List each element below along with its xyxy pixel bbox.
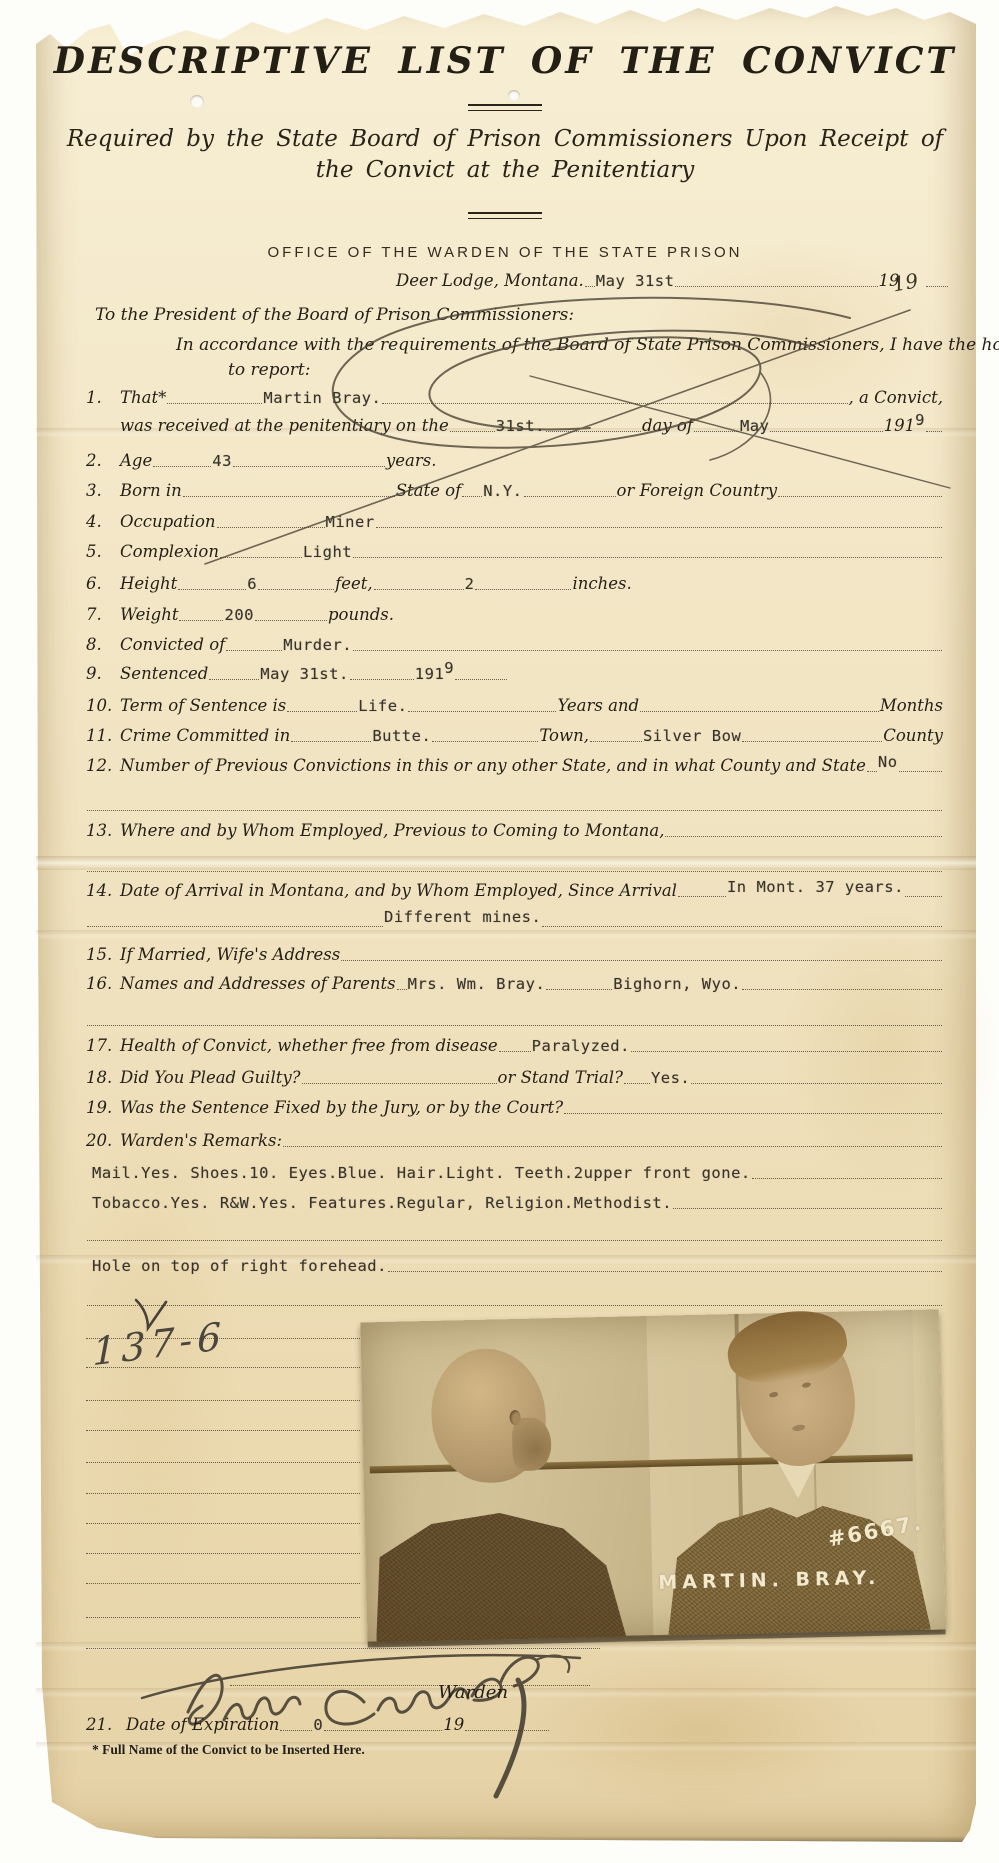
dotted-line <box>408 711 556 712</box>
county-label: County <box>883 727 943 745</box>
form-row-20: 20. Warden's Remarks: <box>86 1126 943 1150</box>
item-label: Convicted of <box>120 636 225 654</box>
parents-name-value: Mrs. Wm. Bray. <box>408 977 546 993</box>
convicted-of-value: Murder. <box>283 638 352 654</box>
item-label: Where and by Whom Employed, Previous to … <box>120 822 664 840</box>
mugshot-profile-panel <box>360 1316 653 1642</box>
item-number: 20. <box>86 1132 120 1150</box>
pen-scribble <box>150 280 980 620</box>
item-number: 1. <box>86 389 120 407</box>
dotted-line <box>665 836 942 837</box>
dotted-line <box>209 679 259 680</box>
dotted-line <box>564 1113 942 1114</box>
dotted-line <box>465 1730 549 1731</box>
dotted-line <box>87 1240 942 1241</box>
ruled-line <box>86 1583 360 1584</box>
continuation-line <box>86 851 943 875</box>
dotted-line <box>899 771 942 772</box>
item-number: 6. <box>86 575 120 593</box>
expiration-year-printed: 19 <box>443 1716 464 1734</box>
form-row-12: 12. Number of Previous Convictions in th… <box>86 751 943 775</box>
dotted-line <box>624 1083 650 1084</box>
remarks-line-2: Tobacco.Yes. R&W.Yes. Features.Regular, … <box>92 1188 943 1212</box>
form-row-8: 8. Convicted of Murder. <box>86 630 943 654</box>
ruled-line <box>86 1493 360 1494</box>
item-number: 11. <box>86 727 120 745</box>
ruled-line <box>86 1400 360 1401</box>
remarks-text-1: Mail.Yes. Shoes.10. Eyes.Blue. Hair.Ligh… <box>92 1166 751 1182</box>
dotted-line <box>226 650 282 651</box>
front-eye <box>768 1392 778 1399</box>
dotted-line <box>691 1083 942 1084</box>
ruled-line <box>86 1462 360 1463</box>
years-and-label: Years and <box>557 697 639 715</box>
item-label: Warden's Remarks: <box>120 1132 282 1150</box>
dotted-line <box>590 741 642 742</box>
dotted-line <box>87 1025 942 1026</box>
mugshot-photo: #6667. MARTIN. BRAY. <box>360 1309 945 1642</box>
dotted-line <box>87 810 942 811</box>
dotted-line <box>87 1305 942 1306</box>
footnote: * Full Name of the Convict to be Inserte… <box>92 1742 365 1758</box>
ruled-line <box>86 1553 360 1554</box>
term-value: Life. <box>358 699 407 715</box>
dotted-line <box>673 1208 942 1209</box>
item-number: 18. <box>86 1069 120 1087</box>
item-number: 9. <box>86 665 120 683</box>
dotted-line <box>341 960 942 961</box>
parents-address-value: Bighorn, Wyo. <box>613 977 741 993</box>
item-label: Age <box>120 452 152 470</box>
dotted-line <box>546 989 612 990</box>
item-label: Did You Plead Guilty? <box>120 1069 301 1087</box>
item-number: 4. <box>86 513 120 531</box>
dotted-line <box>499 1051 531 1052</box>
dotted-line <box>678 896 726 897</box>
dotted-line <box>742 989 942 990</box>
front-hair <box>721 1302 853 1392</box>
dotted-line <box>432 741 538 742</box>
front-eye <box>801 1382 811 1389</box>
town-label: Town, <box>539 727 589 745</box>
blank-remarks-line <box>86 1220 943 1244</box>
form-row-14b: Different mines. <box>86 906 943 930</box>
item-label: Names and Addresses of Parents <box>120 975 396 993</box>
dotted-line <box>87 926 383 927</box>
item-label: Health of Convict, whether free from dis… <box>120 1037 498 1055</box>
arrival-value-2: Different mines. <box>384 910 541 926</box>
document-subtitle-line2: the Convict at the Penitentiary <box>40 157 970 183</box>
sentenced-year-digit: 9 <box>444 661 454 677</box>
mugshot-front-panel: #6667. MARTIN. BRAY. <box>646 1309 945 1636</box>
item-number: 19. <box>86 1099 120 1117</box>
dotted-line <box>280 1730 312 1731</box>
remarks-text-3: Hole on top of right forehead. <box>92 1259 387 1275</box>
front-mouth <box>791 1424 805 1432</box>
document-subtitle-line1: Required by the State Board of Prison Co… <box>40 126 970 152</box>
item-label: Number of Previous Convictions in this o… <box>120 757 866 775</box>
form-row-19: 19. Was the Sentence Fixed by the Jury, … <box>86 1093 943 1117</box>
dotted-line <box>752 1178 942 1179</box>
item-label: If Married, Wife's Address <box>120 946 340 964</box>
dotted-line <box>302 1083 497 1084</box>
dotted-line <box>179 620 223 621</box>
dotted-line <box>87 871 942 872</box>
item-label: Date of Expiration <box>126 1716 279 1734</box>
remarks-text-2: Tobacco.Yes. R&W.Yes. Features.Regular, … <box>92 1196 672 1212</box>
form-row-9: 9. Sentenced May 31st. 191 9 <box>86 659 943 683</box>
crime-town-value: Butte. <box>372 729 431 745</box>
blank-remarks-line <box>86 1285 943 1309</box>
title-rule <box>468 104 542 111</box>
form-row-13: 13. Where and by Whom Employed, Previous… <box>86 816 943 840</box>
remarks-line-1: Mail.Yes. Shoes.10. Eyes.Blue. Hair.Ligh… <box>92 1158 943 1182</box>
dotted-line <box>255 620 327 621</box>
health-value: Paralyzed. <box>532 1039 630 1055</box>
dotted-line <box>640 711 879 712</box>
scanned-document: DESCRIPTIVE LIST OF THE CONVICT Required… <box>0 0 999 1863</box>
item-label: Crime Committed in <box>120 727 290 745</box>
dotted-line <box>397 989 407 990</box>
item-label: Term of Sentence is <box>120 697 286 715</box>
dotted-line <box>283 1146 942 1147</box>
item-number: 21. <box>86 1716 126 1734</box>
dotted-line <box>324 1730 442 1731</box>
dotted-line <box>291 741 371 742</box>
form-row-15: 15. If Married, Wife's Address <box>86 940 943 964</box>
document-title: DESCRIPTIVE LIST OF THE CONVICT <box>40 40 970 82</box>
item-number: 10. <box>86 697 120 715</box>
dotted-line <box>455 679 507 680</box>
remarks-line-3: Hole on top of right forehead. <box>92 1251 943 1275</box>
form-row-11: 11. Crime Committed in Butte. Town, Silv… <box>86 721 943 745</box>
item-label: Sentenced <box>120 665 208 683</box>
item-number: 3. <box>86 482 120 500</box>
continuation-line <box>86 1005 943 1029</box>
item-number: 7. <box>86 606 120 624</box>
office-heading: OFFICE OF THE WARDEN OF THE STATE PRISON <box>40 244 970 261</box>
item-number: 16. <box>86 975 120 993</box>
stand-trial-label: or Stand Trial? <box>498 1069 623 1087</box>
ruled-line <box>86 1617 360 1618</box>
item-number: 15. <box>86 946 120 964</box>
item-number: 2. <box>86 452 120 470</box>
months-label: Months <box>880 697 943 715</box>
form-row-16: 16. Names and Addresses of Parents Mrs. … <box>86 969 943 993</box>
warden-title: Warden <box>438 1682 508 1703</box>
sentenced-date-value: May 31st. <box>260 667 349 683</box>
item-number: 8. <box>86 636 120 654</box>
form-row-10: 10. Term of Sentence is Life. Years and … <box>86 691 943 715</box>
ruled-line <box>86 1430 360 1431</box>
expiration-value: 0 <box>313 1718 323 1734</box>
crime-county-value: Silver Bow <box>643 729 741 745</box>
item-number: 12. <box>86 757 120 775</box>
form-row-18: 18. Did You Plead Guilty? or Stand Trial… <box>86 1063 943 1087</box>
sentenced-year-value: 191 <box>415 667 445 683</box>
dotted-line <box>905 896 942 897</box>
item-number: 13. <box>86 822 120 840</box>
dotted-line <box>388 1271 942 1272</box>
continuation-line <box>86 790 943 814</box>
stand-trial-value: Yes. <box>651 1071 690 1087</box>
dotted-line <box>287 711 357 712</box>
ruled-line <box>86 1523 360 1524</box>
form-row-21: 21. Date of Expiration 0 19 <box>86 1710 943 1734</box>
item-number: 14. <box>86 882 120 900</box>
item-number: 5. <box>86 543 120 561</box>
front-head <box>725 1309 865 1476</box>
punch-hole <box>190 95 204 108</box>
dotted-line <box>631 1051 942 1052</box>
punch-hole <box>508 90 520 101</box>
arrival-value: In Mont. 37 years. <box>727 880 904 896</box>
item-label: Was the Sentence Fixed by the Jury, or b… <box>120 1099 563 1117</box>
subtitle-rule <box>468 212 542 219</box>
previous-convictions-value: No <box>878 755 898 771</box>
item-label: Date of Arrival in Montana, and by Whom … <box>120 882 677 900</box>
dotted-line <box>742 741 882 742</box>
form-row-17: 17. Health of Convict, whether free from… <box>86 1031 943 1055</box>
form-row-14: 14. Date of Arrival in Montana, and by W… <box>86 876 943 900</box>
dotted-line <box>542 926 942 927</box>
dotted-line <box>867 771 877 772</box>
item-number: 17. <box>86 1037 120 1055</box>
dotted-line <box>350 679 414 680</box>
dotted-line <box>353 650 942 651</box>
